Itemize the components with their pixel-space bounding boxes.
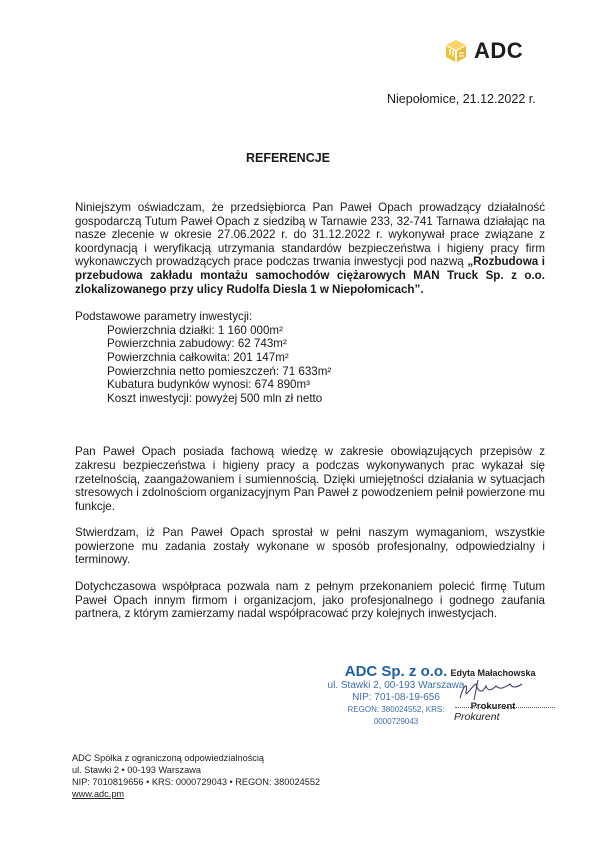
recommendation-paragraph: Dotychczasowa współpraca pozwala nam z p…: [75, 580, 545, 621]
param-item: Kubatura budynków wynosi: 674 890m³: [107, 378, 545, 392]
place-date: Niepołomice, 21.12.2022 r.: [387, 92, 536, 106]
params-list: Powierzchnia działki: 1 160 000m² Powier…: [75, 324, 545, 406]
param-item: Koszt inwestycji: powyżej 500 mln zł net…: [107, 392, 545, 406]
adc-cube-icon: [444, 39, 468, 63]
signature-line: [455, 707, 555, 708]
signature-block: Edyta Małachowska Prokurent: [438, 668, 548, 712]
signatory-role: Prokurent: [454, 711, 500, 723]
letter-body: Niniejszym oświadczam, że przedsiębiorca…: [75, 201, 545, 621]
website-link[interactable]: www.adc.pm: [72, 789, 124, 799]
param-item: Powierzchnia działki: 1 160 000m²: [107, 324, 545, 338]
param-item: Powierzchnia całkowita: 201 147m²: [107, 351, 545, 365]
footer-address: ul. Stawki 2 • 00-193 Warszawa: [72, 764, 320, 776]
company-logo: ADC: [444, 38, 523, 64]
logo-text: ADC: [474, 38, 523, 64]
param-item: Powierzchnia zabudowy: 62 743m²: [107, 337, 545, 351]
competence-paragraph: Pan Paweł Opach posiada fachową wiedzę w…: [75, 445, 545, 513]
footer: ADC Spółka z ograniczoną odpowiedzialnoś…: [72, 752, 320, 800]
statement-paragraph: Stwierdzam, iż Pan Paweł Opach sprostał …: [75, 526, 545, 567]
handwritten-signature-icon: [438, 678, 548, 702]
document-title: REFERENCJE: [0, 151, 586, 165]
investment-parameters: Podstawowe parametry inwestycji: Powierz…: [75, 310, 545, 405]
footer-registry: NIP: 7010819656 • KRS: 0000729043 • REGO…: [72, 776, 320, 788]
signatory-name: Edyta Małachowska: [438, 668, 548, 678]
footer-company: ADC Spółka z ograniczoną odpowiedzialnoś…: [72, 752, 320, 764]
params-heading: Podstawowe parametry inwestycji:: [75, 310, 545, 324]
intro-paragraph: Niniejszym oświadczam, że przedsiębiorca…: [75, 201, 545, 296]
param-item: Powierzchnia netto pomieszczeń: 71 633m²: [107, 365, 545, 379]
